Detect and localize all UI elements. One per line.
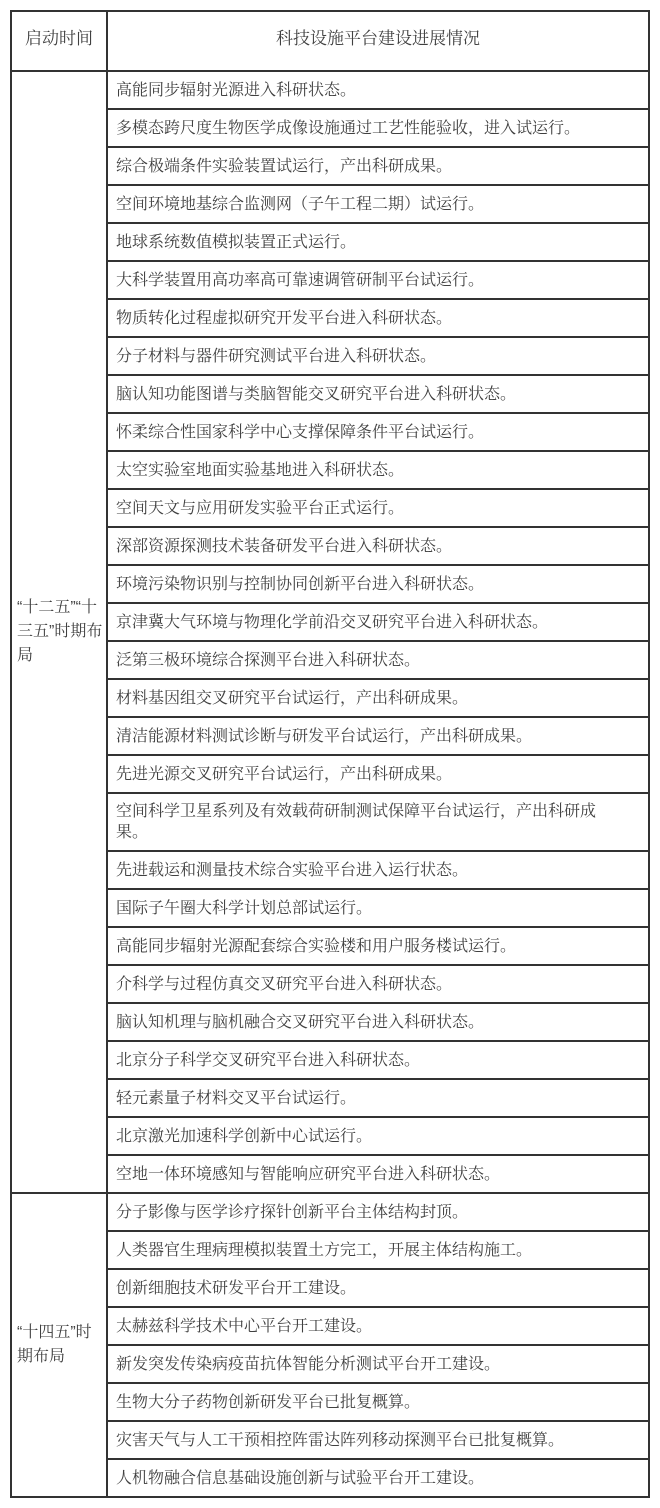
table-row: 综合极端条件实验装置试运行，产出科研成果。 bbox=[11, 147, 649, 185]
table-row: 先进光源交叉研究平台试运行，产出科研成果。 bbox=[11, 755, 649, 793]
table-body: “十二五”“十三五”时期布局高能同步辐射光源进入科研状态。多模态跨尺度生物医学成… bbox=[11, 71, 649, 1497]
table-row: 地球系统数值模拟装置正式运行。 bbox=[11, 223, 649, 261]
progress-cell: 分子材料与器件研究测试平台进入科研状态。 bbox=[107, 337, 649, 375]
progress-cell: 先进载运和测量技术综合实验平台进入运行状态。 bbox=[107, 851, 649, 889]
progress-cell: 京津冀大气环境与物理化学前沿交叉研究平台进入科研状态。 bbox=[107, 603, 649, 641]
table-row: 物质转化过程虚拟研究开发平台进入科研状态。 bbox=[11, 299, 649, 337]
progress-cell: 人机物融合信息基础设施创新与试验平台开工建设。 bbox=[107, 1459, 649, 1497]
progress-cell: 分子影像与医学诊疗探针创新平台主体结构封顶。 bbox=[107, 1193, 649, 1231]
table-row: 先进载运和测量技术综合实验平台进入运行状态。 bbox=[11, 851, 649, 889]
progress-cell: 空间环境地基综合监测网（子午工程二期）试运行。 bbox=[107, 185, 649, 223]
table-header: 启动时间 科技设施平台建设进展情况 bbox=[11, 11, 649, 71]
progress-cell: 空地一体环境感知与智能响应研究平台进入科研状态。 bbox=[107, 1155, 649, 1193]
progress-cell: 介科学与过程仿真交叉研究平台进入科研状态。 bbox=[107, 965, 649, 1003]
table-row: 多模态跨尺度生物医学成像设施通过工艺性能验收，进入试运行。 bbox=[11, 109, 649, 147]
progress-cell: 太空实验室地面实验基地进入科研状态。 bbox=[107, 451, 649, 489]
table-row: 脑认知功能图谱与类脑智能交叉研究平台进入科研状态。 bbox=[11, 375, 649, 413]
table-row: 清洁能源材料测试诊断与研发平台试运行，产出科研成果。 bbox=[11, 717, 649, 755]
progress-cell: 人类器官生理病理模拟装置土方完工，开展主体结构施工。 bbox=[107, 1231, 649, 1269]
table-row: 创新细胞技术研发平台开工建设。 bbox=[11, 1269, 649, 1307]
table-row: 轻元素量子材料交叉平台试运行。 bbox=[11, 1079, 649, 1117]
table-row: 空间环境地基综合监测网（子午工程二期）试运行。 bbox=[11, 185, 649, 223]
table-row: 怀柔综合性国家科学中心支撑保障条件平台试运行。 bbox=[11, 413, 649, 451]
progress-cell: 泛第三极环境综合探测平台进入科研状态。 bbox=[107, 641, 649, 679]
table-row: 分子材料与器件研究测试平台进入科研状态。 bbox=[11, 337, 649, 375]
progress-cell: 高能同步辐射光源配套综合实验楼和用户服务楼试运行。 bbox=[107, 927, 649, 965]
progress-cell: 太赫兹科学技术中心平台开工建设。 bbox=[107, 1307, 649, 1345]
progress-cell: 空间天文与应用研发实验平台正式运行。 bbox=[107, 489, 649, 527]
header-cell-period: 启动时间 bbox=[11, 11, 107, 71]
progress-cell: 生物大分子药物创新研发平台已批复概算。 bbox=[107, 1383, 649, 1421]
table-row: 北京激光加速科学创新中心试运行。 bbox=[11, 1117, 649, 1155]
table-row: 人机物融合信息基础设施创新与试验平台开工建设。 bbox=[11, 1459, 649, 1497]
progress-cell: 高能同步辐射光源进入科研状态。 bbox=[107, 71, 649, 109]
table-row: 深部资源探测技术装备研发平台进入科研状态。 bbox=[11, 527, 649, 565]
progress-cell: 脑认知机理与脑机融合交叉研究平台进入科研状态。 bbox=[107, 1003, 649, 1041]
progress-cell: 先进光源交叉研究平台试运行，产出科研成果。 bbox=[107, 755, 649, 793]
table-row: 太空实验室地面实验基地进入科研状态。 bbox=[11, 451, 649, 489]
table-row: 人类器官生理病理模拟装置土方完工，开展主体结构施工。 bbox=[11, 1231, 649, 1269]
table-row: 大科学装置用高功率高可靠速调管研制平台试运行。 bbox=[11, 261, 649, 299]
progress-cell: 大科学装置用高功率高可靠速调管研制平台试运行。 bbox=[107, 261, 649, 299]
table-row: 灾害天气与人工干预相控阵雷达阵列移动探测平台已批复概算。 bbox=[11, 1421, 649, 1459]
progress-cell: 物质转化过程虚拟研究开发平台进入科研状态。 bbox=[107, 299, 649, 337]
progress-cell: 怀柔综合性国家科学中心支撑保障条件平台试运行。 bbox=[107, 413, 649, 451]
progress-cell: 综合极端条件实验装置试运行，产出科研成果。 bbox=[107, 147, 649, 185]
table-row: 空地一体环境感知与智能响应研究平台进入科研状态。 bbox=[11, 1155, 649, 1193]
table-row: 介科学与过程仿真交叉研究平台进入科研状态。 bbox=[11, 965, 649, 1003]
header-row: 启动时间 科技设施平台建设进展情况 bbox=[11, 11, 649, 71]
period-cell-group-1: “十二五”“十三五”时期布局 bbox=[11, 71, 107, 1193]
table-row: 环境污染物识别与控制协同创新平台进入科研状态。 bbox=[11, 565, 649, 603]
table-row: 空间科学卫星系列及有效载荷研制测试保障平台试运行，产出科研成果。 bbox=[11, 793, 649, 851]
page: 启动时间 科技设施平台建设进展情况 “十二五”“十三五”时期布局高能同步辐射光源… bbox=[0, 0, 660, 1508]
table-row: 北京分子科学交叉研究平台进入科研状态。 bbox=[11, 1041, 649, 1079]
table-row: 高能同步辐射光源配套综合实验楼和用户服务楼试运行。 bbox=[11, 927, 649, 965]
progress-cell: 环境污染物识别与控制协同创新平台进入科研状态。 bbox=[107, 565, 649, 603]
progress-cell: 空间科学卫星系列及有效载荷研制测试保障平台试运行，产出科研成果。 bbox=[107, 793, 649, 851]
table-row: 国际子午圈大科学计划总部试运行。 bbox=[11, 889, 649, 927]
table-row: “十二五”“十三五”时期布局高能同步辐射光源进入科研状态。 bbox=[11, 71, 649, 109]
progress-cell: 材料基因组交叉研究平台试运行，产出科研成果。 bbox=[107, 679, 649, 717]
table-row: “十四五”时期布局分子影像与医学诊疗探针创新平台主体结构封顶。 bbox=[11, 1193, 649, 1231]
table-row: 材料基因组交叉研究平台试运行，产出科研成果。 bbox=[11, 679, 649, 717]
progress-cell: 国际子午圈大科学计划总部试运行。 bbox=[107, 889, 649, 927]
progress-cell: 脑认知功能图谱与类脑智能交叉研究平台进入科研状态。 bbox=[107, 375, 649, 413]
progress-cell: 灾害天气与人工干预相控阵雷达阵列移动探测平台已批复概算。 bbox=[107, 1421, 649, 1459]
progress-cell: 创新细胞技术研发平台开工建设。 bbox=[107, 1269, 649, 1307]
progress-cell: 深部资源探测技术装备研发平台进入科研状态。 bbox=[107, 527, 649, 565]
period-cell-group-2: “十四五”时期布局 bbox=[11, 1193, 107, 1497]
facility-progress-table: 启动时间 科技设施平台建设进展情况 “十二五”“十三五”时期布局高能同步辐射光源… bbox=[10, 10, 650, 1498]
progress-cell: 北京分子科学交叉研究平台进入科研状态。 bbox=[107, 1041, 649, 1079]
header-cell-progress: 科技设施平台建设进展情况 bbox=[107, 11, 649, 71]
progress-cell: 北京激光加速科学创新中心试运行。 bbox=[107, 1117, 649, 1155]
progress-cell: 多模态跨尺度生物医学成像设施通过工艺性能验收，进入试运行。 bbox=[107, 109, 649, 147]
progress-cell: 地球系统数值模拟装置正式运行。 bbox=[107, 223, 649, 261]
progress-cell: 清洁能源材料测试诊断与研发平台试运行，产出科研成果。 bbox=[107, 717, 649, 755]
table-row: 泛第三极环境综合探测平台进入科研状态。 bbox=[11, 641, 649, 679]
progress-cell: 新发突发传染病疫苗抗体智能分析测试平台开工建设。 bbox=[107, 1345, 649, 1383]
table-row: 京津冀大气环境与物理化学前沿交叉研究平台进入科研状态。 bbox=[11, 603, 649, 641]
table-row: 脑认知机理与脑机融合交叉研究平台进入科研状态。 bbox=[11, 1003, 649, 1041]
table-row: 生物大分子药物创新研发平台已批复概算。 bbox=[11, 1383, 649, 1421]
progress-cell: 轻元素量子材料交叉平台试运行。 bbox=[107, 1079, 649, 1117]
table-row: 空间天文与应用研发实验平台正式运行。 bbox=[11, 489, 649, 527]
table-row: 新发突发传染病疫苗抗体智能分析测试平台开工建设。 bbox=[11, 1345, 649, 1383]
table-row: 太赫兹科学技术中心平台开工建设。 bbox=[11, 1307, 649, 1345]
